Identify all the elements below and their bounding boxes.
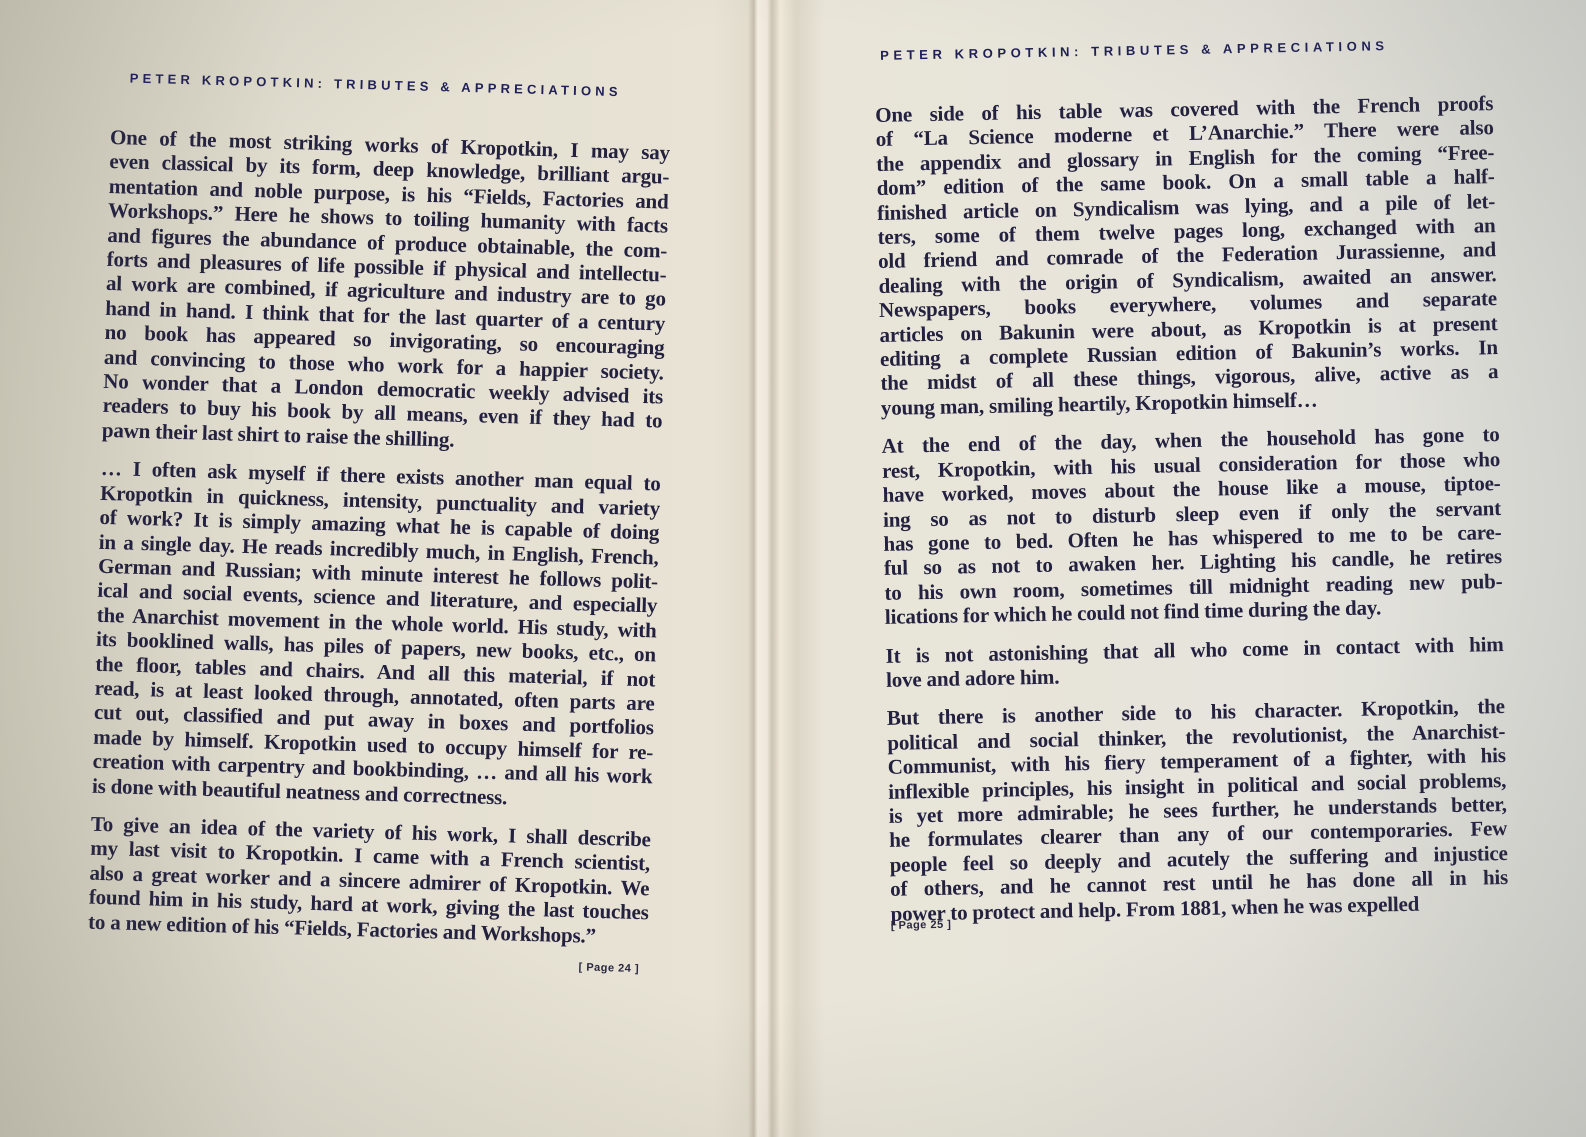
left-page-number: [ Page 24 ] — [87, 948, 647, 976]
paragraph: One of the most striking works of Kropot… — [102, 125, 671, 458]
paragraph: One side of his table was covered with t… — [875, 91, 1499, 420]
right-page: PETER KROPOTKIN: TRIBUTES & APPRECIATION… — [874, 36, 1509, 940]
paragraph: But there is another side to his charact… — [887, 694, 1509, 925]
paragraph: It is not astonishing that all who come … — [885, 632, 1504, 693]
paragraph: To give an idea of the variety of his wo… — [88, 812, 651, 950]
open-book-spread: PETER KROPOTKIN: TRIBUTES & APPRECIATION… — [0, 0, 1586, 1137]
left-page-body: One of the most striking works of Kropot… — [88, 125, 670, 949]
right-running-head: PETER KROPOTKIN: TRIBUTES & APPRECIATION… — [880, 36, 1492, 63]
left-running-head: PETER KROPOTKIN: TRIBUTES & APPRECIATION… — [130, 71, 672, 101]
paragraph: At the end of the day, when the househol… — [881, 422, 1503, 629]
right-page-number: [ Page 25 ] — [891, 919, 952, 932]
right-page-body: One side of his table was covered with t… — [875, 91, 1509, 926]
book-gutter — [748, 0, 780, 1137]
paragraph: … I often ask myself if there exists ano… — [92, 456, 661, 813]
left-page: PETER KROPOTKIN: TRIBUTES & APPRECIATION… — [87, 70, 672, 975]
